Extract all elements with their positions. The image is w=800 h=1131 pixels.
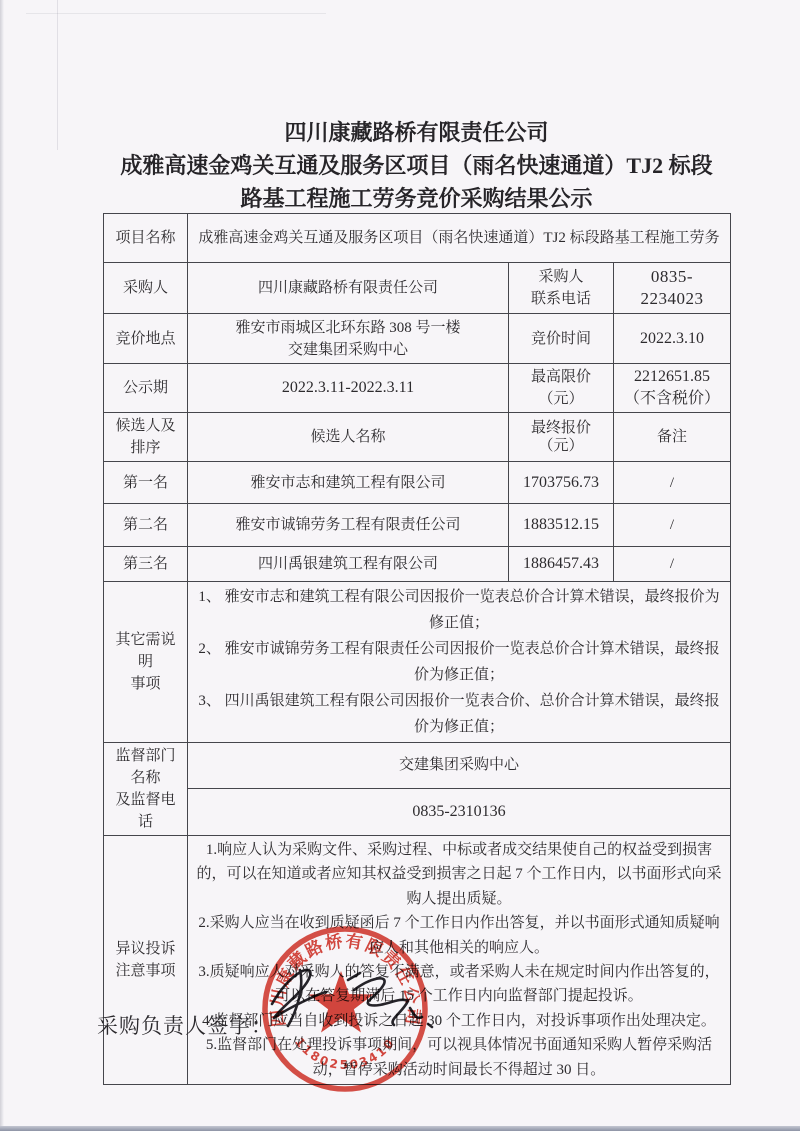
candidate-rank: 第二名 [104,504,188,547]
purchaser-phone-value: 0835-2234023 [614,263,731,314]
bidding-time-label: 竞价时间 [509,314,614,364]
candidates-price-header: 最终报价 （元） [509,413,614,462]
handwritten-signature [256,950,456,1050]
candidate-name: 雅安市诚锦劳务工程有限责任公司 [188,504,509,547]
candidate-price: 1703756.73 [509,462,614,504]
signature-label: 采购负责人签字： [97,1010,273,1040]
candidate-row-3: 第三名 四川禹银建筑工程有限公司 1886457.43 / [104,547,731,582]
row-publicity-period: 公示期 2022.3.11-2022.3.11 最高限价 （元） 2212651… [104,364,731,413]
bidding-place-value: 雅安市雨城区北环东路 308 号一楼 交建集团采购中心 [188,314,509,364]
project-value: 成雅高速金鸡关互通及服务区项目（雨名快速通道）TJ2 标段路基工程施工劳务 [188,214,731,263]
row-project-name: 项目名称 成雅高速金鸡关互通及服务区项目（雨名快速通道）TJ2 标段路基工程施工… [104,214,731,263]
max-price-label: 最高限价 （元） [509,364,614,413]
candidates-rank-header: 候选人及排序 [104,413,188,462]
purchaser-value: 四川康藏路桥有限责任公司 [188,263,509,314]
publicity-value: 2022.3.11-2022.3.11 [188,364,509,413]
supervision-phone: 0835-2310136 [188,788,731,835]
note-item: 3、 四川禹银建筑工程有限公司因报价一览表合价、总价合计算术错误，最终报价为修正… [194,688,724,740]
signature-stroke [428,1024,432,1027]
row-supervision-phone: 0835-2310136 [104,788,731,835]
purchaser-label: 采购人 [104,263,188,314]
other-notes-label: 其它需说明 事项 [104,582,188,743]
project-label: 项目名称 [104,214,188,263]
scan-left-edge-shadow [0,0,4,1131]
title-line-company: 四川康藏路桥有限责任公司 [103,116,730,149]
candidate-name: 四川禹银建筑工程有限公司 [188,547,509,582]
candidate-price: 1883512.15 [509,504,614,547]
bidding-time-value: 2022.3.10 [614,314,731,364]
row-other-notes: 其它需说明 事项 1、 雅安市志和建筑工程有限公司因报价一览表总价合计算术错误，… [104,582,731,743]
candidates-remark-header: 备注 [614,413,731,462]
scan-bottom-edge [0,1126,800,1131]
signature-stroke [348,973,360,980]
paper-crease-vertical [57,0,58,150]
scanned-document-page: 四川康藏路桥有限责任公司 成雅高速金鸡关互通及服务区项目（雨名快速通道）TJ2 … [0,0,800,1131]
title-line-project: 成雅高速金鸡关互通及服务区项目（雨名快速通道）TJ2 标段 [103,149,730,182]
publicity-label: 公示期 [104,364,188,413]
candidate-remark: / [614,547,731,582]
signature-stroke [410,1008,422,1018]
note-item: 2、 雅安市诚锦劳务工程有限责任公司因报价一览表总价合计算术错误，最终报价为修正… [194,636,724,688]
row-bidding-place: 竞价地点 雅安市雨城区北环东路 308 号一楼 交建集团采购中心 竞价时间 20… [104,314,731,364]
complaint-item: 1.响应人认为采购文件、采购过程、中标或者成交结果使自己的权益受到损害的，可以在… [194,838,724,911]
candidate-name: 雅安市志和建筑工程有限公司 [188,462,509,504]
bidding-place-label: 竞价地点 [104,314,188,364]
row-candidates-header: 候选人及排序 候选人名称 最终报价 （元） 备注 [104,413,731,462]
purchaser-phone-label: 采购人 联系电话 [509,263,614,314]
candidate-price: 1886457.43 [509,547,614,582]
signature-stroke [354,978,408,1025]
title-line-announcement: 路基工程施工劳务竞价采购结果公示 [103,182,730,215]
document-title: 四川康藏路桥有限责任公司 成雅高速金鸡关互通及服务区项目（雨名快速通道）TJ2 … [103,116,730,215]
supervision-label: 监督部门名称 及监督电话 [104,743,188,836]
max-price-value: 2212651.85 （不含税价） [614,364,731,413]
complaints-label: 异议投诉 注意事项 [104,836,188,1085]
row-purchaser: 采购人 四川康藏路桥有限责任公司 采购人 联系电话 0835-2234023 [104,263,731,314]
candidate-remark: / [614,462,731,504]
candidates-name-header: 候选人名称 [188,413,509,462]
row-supervision-name: 监督部门名称 及监督电话 交建集团采购中心 [104,743,731,789]
candidate-rank: 第一名 [104,462,188,504]
paper-crease-horizontal [26,13,326,14]
candidate-rank: 第三名 [104,547,188,582]
candidate-row-1: 第一名 雅安市志和建筑工程有限公司 1703756.73 / [104,462,731,504]
candidate-row-2: 第二名 雅安市诚锦劳务工程有限责任公司 1883512.15 / [104,504,731,547]
supervision-name: 交建集团采购中心 [188,743,731,789]
candidate-remark: / [614,504,731,547]
note-item: 1、 雅安市志和建筑工程有限公司因报价一览表总价合计算术错误，最终报价为修正值； [194,584,724,636]
other-notes-content: 1、 雅安市志和建筑工程有限公司因报价一览表总价合计算术错误，最终报价为修正值；… [188,582,731,743]
